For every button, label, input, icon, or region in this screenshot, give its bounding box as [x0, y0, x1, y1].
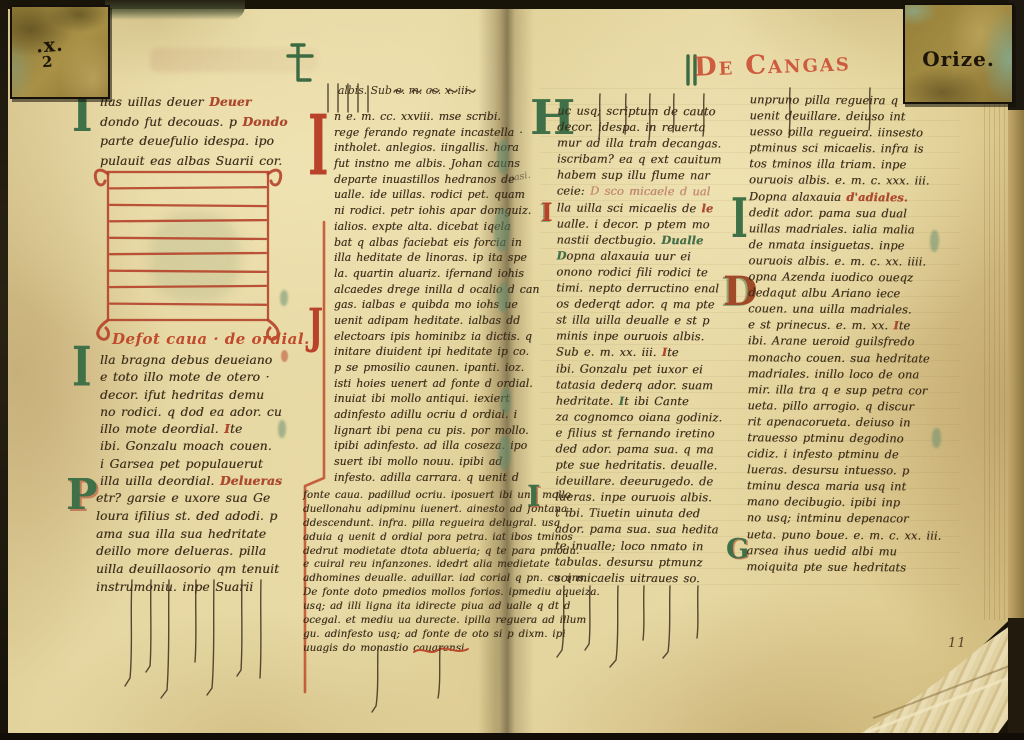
- manuscript-line: ded ador. pama sua. q ma: [555, 441, 745, 458]
- manuscript-photo: .x. 2 Orize. De Cangas caasi. 11 I llas …: [0, 0, 1024, 740]
- manuscript-line: ceie: D sco micaele d ual: [557, 184, 747, 201]
- manuscript-line: habem sup illu flume nar: [557, 168, 747, 185]
- manuscript-line: uenit deuillare. deiuso int: [749, 108, 954, 126]
- manuscript-line: couen. una uilla madriales.: [748, 302, 953, 320]
- green-paint-stain: [497, 140, 509, 174]
- top-edge-smudge: [105, 0, 245, 20]
- green-paint-stain: [500, 388, 511, 414]
- manuscript-line: ddescendunt. infra. pilla regueira delug…: [303, 517, 508, 531]
- manuscript-line: ouruois albis. e. m. c. xx. iiii.: [748, 253, 953, 271]
- manuscript-line: decor. ifut hedritas demu: [100, 387, 312, 404]
- manuscript-line: dedit ador. pama sua dual: [749, 205, 954, 223]
- manuscript-line: tabulas. desursu ptmunz: [555, 554, 745, 571]
- manuscript-line: nastii dectbugio. Dualle: [557, 232, 747, 249]
- manuscript-line: lueras. inpe ouruois albis.: [555, 490, 745, 507]
- folio-number: 11: [948, 636, 967, 651]
- manuscript-line: infesto. adilla carrara. q uenit d: [334, 471, 506, 487]
- green-paint-stain: [278, 420, 286, 438]
- manuscript-line: uc usq; scriptum de cauto: [557, 104, 747, 121]
- manuscript-line: ador. pama sua. sua hedita: [555, 522, 745, 539]
- manuscript-line: suert ibi mollo nouu. ipibi ad: [334, 455, 506, 471]
- manuscript-line: e filius st fernando iretino: [555, 425, 745, 442]
- manuscript-line: alcaedes drege inilla d ocalio d can: [334, 283, 506, 299]
- manuscript-line: trauesso ptminu degodino: [747, 430, 952, 448]
- manuscript-line: tos tminos illa triam. inpe: [749, 157, 954, 175]
- manuscript-line: minis inpe ouruois albis.: [556, 329, 746, 346]
- manuscript-line: ideuillare. deeurugedo. de: [555, 474, 745, 491]
- green-paint-stain: [498, 436, 511, 470]
- manuscript-line: t ibi. Tiuetin uinuta ded: [555, 506, 745, 523]
- manuscript-line: lueras. desursu intuesso. p: [747, 462, 952, 480]
- manuscript-line: arsea ihus uedid albi mu: [746, 543, 951, 561]
- manuscript-line: ouruois albis. e. m. c. xxx. iii.: [749, 173, 954, 191]
- manuscript-line: electoars ipis hominibz ia dictis. q: [334, 330, 506, 346]
- manuscript-line: i Garsea pet populauerut: [100, 456, 312, 473]
- manuscript-line: gu. adinfesto usq; ad fonte de oto si p …: [303, 628, 508, 642]
- manuscript-line: p se pmosilio caunen. ipanti. ioz.: [334, 361, 506, 377]
- manuscript-line: illa uilla deordial. Delueras: [100, 473, 312, 490]
- manuscript-line: tminu desca maria usq int: [747, 479, 952, 497]
- manuscript-line: e cuiral reu infanzones. idedrt alia med…: [303, 558, 508, 572]
- section-heading: De Cangas: [694, 47, 852, 82]
- manuscript-line: ipibi adinfesto. ad illa coseza. ipo: [334, 439, 506, 455]
- manuscript-line: adhomines deualle. aduillar. iad corial …: [303, 572, 508, 586]
- manuscript-line: te inualle; loco nmato in: [555, 538, 745, 555]
- manuscript-line: inuiat ibi mollo antiqui. iexiert: [334, 392, 506, 408]
- manuscript-line: fonte caua. padillud ocriu. iposuert ibi…: [303, 489, 508, 503]
- manuscript-line: parte deuefulio idespa. ipo: [100, 133, 312, 153]
- manuscript-line: etr? garsie e uxore sua Ge: [96, 490, 316, 508]
- green-paint-stain: [932, 428, 941, 448]
- manuscript-line: ualle. i decor. p ptem mo: [557, 216, 747, 233]
- manuscript-line: ni rodici. petr iohis apar domguiz.: [334, 204, 506, 220]
- green-paint-stain: [494, 208, 510, 252]
- illuminated-initial: I: [541, 200, 553, 225]
- bottom-border: [0, 733, 1024, 740]
- manuscript-line: ueta. pillo arrogio. q discur: [747, 398, 952, 416]
- illuminated-initial: I: [527, 482, 541, 511]
- green-paint-stain: [497, 282, 509, 312]
- illuminated-initial: I: [72, 340, 92, 395]
- manuscript-line: sci micaelis uitraues so.: [555, 570, 745, 587]
- column-2-wide-block: fonte caua. padillud ocriu. iposuert ibi…: [303, 489, 508, 656]
- manuscript-line: bat q albas faciebat eis forcia in: [334, 236, 506, 252]
- manuscript-line: cidiz. i infesto ptminu de: [747, 446, 952, 464]
- manuscript-line: e st prinecus. e. m. xx. Ite: [748, 318, 953, 336]
- manuscript-line: pte sue hedritatis. deualle.: [555, 458, 745, 475]
- manuscript-line: uillas madriales. ialia malia: [749, 221, 954, 239]
- manuscript-line: ibi. Gonzalu moach couen.: [100, 438, 312, 455]
- manuscript-line: departe inuastillos hedranos de: [334, 173, 506, 189]
- column-3-block: uc usq; scriptum de cautodecor. idespa. …: [555, 104, 748, 588]
- manuscript-line: llas uillas deuer Deuer: [100, 94, 312, 114]
- column-4-block: unpruno pilla regueira quenit deuillare.…: [746, 92, 954, 576]
- descender-flourishes-icon: [552, 586, 712, 671]
- manuscript-line: la. quartin aluariz. ifernand iohis: [334, 267, 506, 283]
- manuscript-line: initare diuident ipi heditate ip co.: [334, 345, 506, 361]
- rubric-heading: Defot caua · de ordial.: [112, 330, 310, 348]
- manuscript-line: duellonahu adipminu iuenert. ainesto ad …: [303, 503, 508, 517]
- manuscript-line: De fonte doto pmedios mollos forios. ipm…: [303, 586, 508, 600]
- manuscript-line: mur ad illa tram decangas.: [557, 136, 747, 153]
- manuscript-line: mano decibugio. ipibi inp: [747, 495, 952, 513]
- manuscript-line: hedritate. It ibi Cante: [556, 393, 746, 410]
- manuscript-line: intholet. anlegios. iingallis. hora: [334, 141, 506, 157]
- manuscript-line: st illa uilla deualle e st p: [556, 313, 746, 330]
- manuscript-line: os dederqt ador. q ma pte: [556, 297, 746, 314]
- manuscript-line: ueta. puno boue. e. m. c. xx. iii.: [747, 527, 952, 545]
- volume-title: Orize.: [905, 47, 1012, 71]
- descender-flourishes-icon: [120, 578, 280, 703]
- illuminated-initial: I: [308, 106, 329, 190]
- page-edge-lines: [980, 25, 1006, 620]
- manuscript-line: ibi. Arane ueroid guilsfredo: [748, 334, 953, 352]
- right-page-stack-edge: [1008, 100, 1024, 620]
- manuscript-line: ibi. Gonzalu pet iuxor ei: [556, 361, 746, 378]
- green-paint-stain: [930, 230, 939, 252]
- manuscript-line: uesso pilla regueira. iinsesto: [749, 124, 954, 142]
- green-paint-stain: [280, 290, 288, 306]
- manuscript-line: monacho couen. sua hedritate: [748, 350, 953, 368]
- manuscript-line: Dopna alaxauia d'adiales.: [749, 189, 954, 207]
- manuscript-line: lla uilla sci micaelis de le: [557, 200, 747, 217]
- manuscript-line: rege ferando regnate incastella ·: [334, 126, 506, 142]
- manuscript-line: fut instno me albis. Johan cauns: [334, 157, 506, 173]
- title-plaque: Orize.: [903, 3, 1014, 104]
- manuscript-line: dondo fut decouas. p Dondo: [100, 114, 312, 134]
- manuscript-line: Dopna alaxauia uur ei: [556, 248, 746, 265]
- illuminated-initial: I: [731, 192, 748, 246]
- manuscript-line: tatasia dederq ador. suam: [556, 377, 746, 394]
- manuscript-line: ama sua illa sua hedritate: [96, 526, 316, 544]
- manuscript-line: aduia q uenit d ordial pora petra. iat i…: [303, 531, 508, 545]
- manuscript-line: n e. m. cc. xxviii. mse scribi.: [334, 110, 506, 126]
- manuscript-line: no rodici. q dod ea ador. cu: [100, 404, 312, 421]
- manuscript-line: dedaqut albu Ariano iece: [748, 285, 953, 303]
- descender-flourishes-icon: [360, 648, 460, 718]
- manuscript-line: madriales. inillo loco de ona: [748, 366, 953, 384]
- red-paint-mark: [281, 350, 288, 362]
- manuscript-line: ocegal. et mediu ua durecte. ipilla regu…: [303, 614, 508, 628]
- manuscript-line: Sub e. m. xx. iii. Ite: [556, 345, 746, 362]
- manuscript-line: deillo more delueras. pilla: [96, 543, 316, 561]
- manuscript-line: za cognomco oiana godiniz.: [556, 409, 746, 426]
- red-ruled-table-icon: [92, 162, 288, 342]
- manuscript-line: ualle. ide uillas. rodici pet. quam: [334, 188, 506, 204]
- manuscript-line: ialios. expte alta. dicebat iqela: [334, 220, 506, 236]
- manuscript-line: ptminus sci micaelis. infra is: [749, 141, 954, 159]
- right-bottom-dark-edge: [1008, 618, 1024, 740]
- manuscript-line: no usq; intminu depenacor: [747, 511, 952, 529]
- manuscript-line: rit apenacorueta. deiuso in: [747, 414, 952, 432]
- column-1-paragraph-1: llas uillas deuer Deuerdondo fut decouas…: [100, 94, 312, 172]
- illuminated-initial: P: [66, 474, 98, 516]
- column-2-narrow-block: n e. m. cc. xxviii. mse scribi.rege fera…: [334, 110, 506, 487]
- manuscript-line: uenit adipam heditate. ialbas dd: [334, 314, 506, 330]
- left-border: [0, 0, 8, 740]
- manuscript-line: opna Azenda iuodico oueqz: [748, 269, 953, 287]
- shelf-mark-plaque: .x. 2: [10, 5, 110, 99]
- manuscript-line: usq; ad illi ligna ita idirecte piua ad …: [303, 600, 508, 614]
- manuscript-line: mir. illa tra q e sup petra cor: [748, 382, 953, 400]
- manuscript-line: adinfesto adillu ocriu d ordial. i: [334, 408, 506, 424]
- manuscript-line: dedrut modietate dtota ablueria; q te pa…: [303, 545, 508, 559]
- manuscript-line: decor. idespa. in reuerta: [557, 120, 747, 137]
- manuscript-line: illa heditate de linoras. ip ita spe: [334, 251, 506, 267]
- manuscript-line: moiquita pte sue hedritats: [746, 559, 951, 577]
- manuscript-line: onono rodici fili rodici te: [556, 264, 746, 281]
- manuscript-line: loura ifilius st. ded adodi. p: [96, 508, 316, 526]
- manuscript-line: gas. ialbas e quibda mo iohs ue: [334, 298, 506, 314]
- manuscript-line: lignart ibi pena cu pis. por mollo.: [334, 424, 506, 440]
- manuscript-line: iscribam? ea q ext cauitum: [557, 152, 747, 169]
- manuscript-line: timi. nepto derructino enal: [556, 281, 746, 298]
- manuscript-line: isti hoies uenert ad fonte d ordial.: [334, 377, 506, 393]
- manuscript-line: uilla deuillaosorio qm tenuit: [96, 561, 316, 579]
- quire-mark-icon: [282, 40, 316, 86]
- manuscript-line: de nmata insiguetas. inpe: [749, 237, 954, 255]
- manuscript-line: e toto illo mote de otero ·: [100, 369, 312, 386]
- shelf-mark-number: 2: [41, 49, 108, 72]
